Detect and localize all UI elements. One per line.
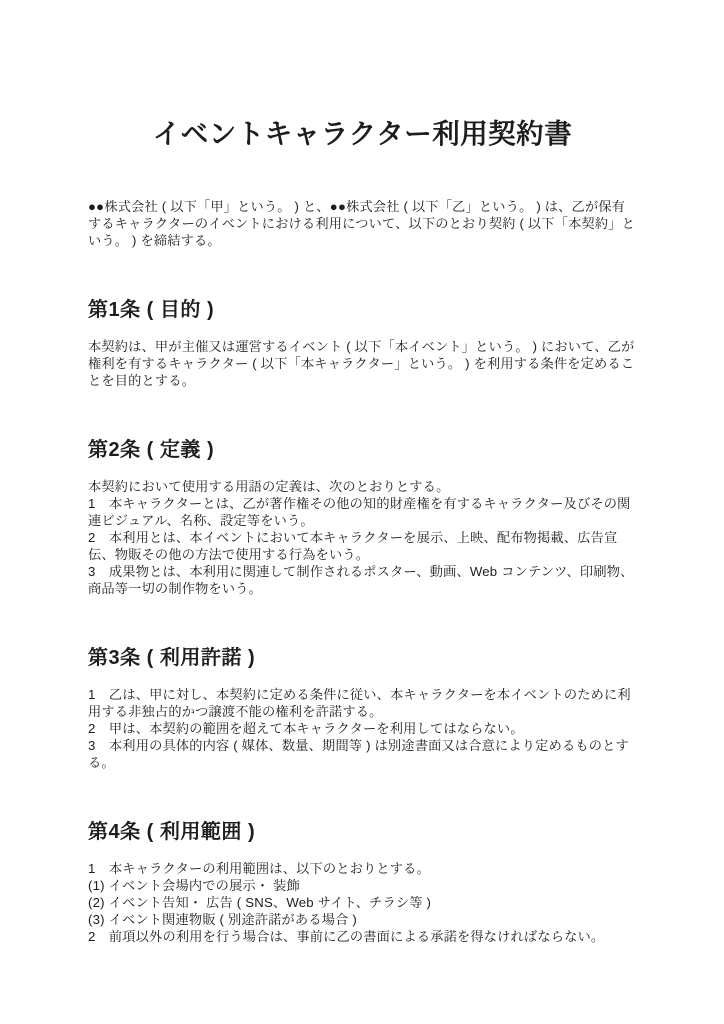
article-2-item-3: 3 成果物とは、本利用に関連して制作されるポスター、動画、Web コンテンツ、印… — [88, 563, 637, 597]
article-2-definitions: 第2条 ( 定義 ) 本契約において使用する用語の定義は、次のとおりとする。 1… — [88, 437, 637, 597]
article-1-paragraph: 本契約は、甲が主催又は運営するイベント ( 以下「本イベント」という。 ) にお… — [88, 338, 637, 389]
article-3-item-2: 2 甲は、本契約の範囲を超えて本キャラクターを利用してはならない。 — [88, 720, 637, 737]
article-4-subitem-1: (1) イベント会場内での展示・ 装飾 — [88, 877, 637, 894]
article-3-license-grant: 第3条 ( 利用許諾 ) 1 乙は、甲に対し、本契約に定める条件に従い、本キャラ… — [88, 645, 637, 771]
article-4-subitem-3: (3) イベント関連物販 ( 別途許諾がある場合 ) — [88, 911, 637, 928]
article-3-item-3: 3 本利用の具体的内容 ( 媒体、数量、期間等 ) は別途書面又は合意により定め… — [88, 737, 637, 771]
article-3-item-1: 1 乙は、甲に対し、本契約に定める条件に従い、本キャラクターを本イベントのために… — [88, 686, 637, 720]
article-1-heading: 第1条 ( 目的 ) — [88, 297, 637, 323]
article-2-item-2: 2 本利用とは、本イベントにおいて本キャラクターを展示、上映、配布物掲載、広告宣… — [88, 529, 637, 563]
article-4-item-1: 1 本キャラクターの利用範囲は、以下のとおりとする。 — [88, 860, 637, 877]
article-4-item-2: 2 前項以外の利用を行う場合は、事前に乙の書面による承諾を得なければならない。 — [88, 928, 637, 945]
article-1-purpose: 第1条 ( 目的 ) 本契約は、甲が主催又は運営するイベント ( 以下「本イベン… — [88, 297, 637, 389]
preamble-paragraph: ●●株式会社 ( 以下「甲」という。 ) と、●●株式会社 ( 以下「乙」という… — [88, 198, 637, 249]
document-title: イベントキャラクター利用契約書 — [88, 117, 637, 150]
article-3-heading: 第3条 ( 利用許諾 ) — [88, 645, 637, 671]
article-2-heading: 第2条 ( 定義 ) — [88, 437, 637, 463]
article-2-lead-paragraph: 本契約において使用する用語の定義は、次のとおりとする。 — [88, 478, 637, 495]
article-4-scope-of-use: 第4条 ( 利用範囲 ) 1 本キャラクターの利用範囲は、以下のとおりとする。 … — [88, 819, 637, 945]
article-4-heading: 第4条 ( 利用範囲 ) — [88, 819, 637, 845]
contract-document-page: イベントキャラクター利用契約書 ●●株式会社 ( 以下「甲」という。 ) と、●… — [0, 0, 724, 1024]
article-4-subitem-2: (2) イベント告知・ 広告 ( SNS、Web サイト、チラシ等 ) — [88, 894, 637, 911]
article-2-item-1: 1 本キャラクターとは、乙が著作権その他の知的財産権を有するキャラクター及びその… — [88, 495, 637, 529]
